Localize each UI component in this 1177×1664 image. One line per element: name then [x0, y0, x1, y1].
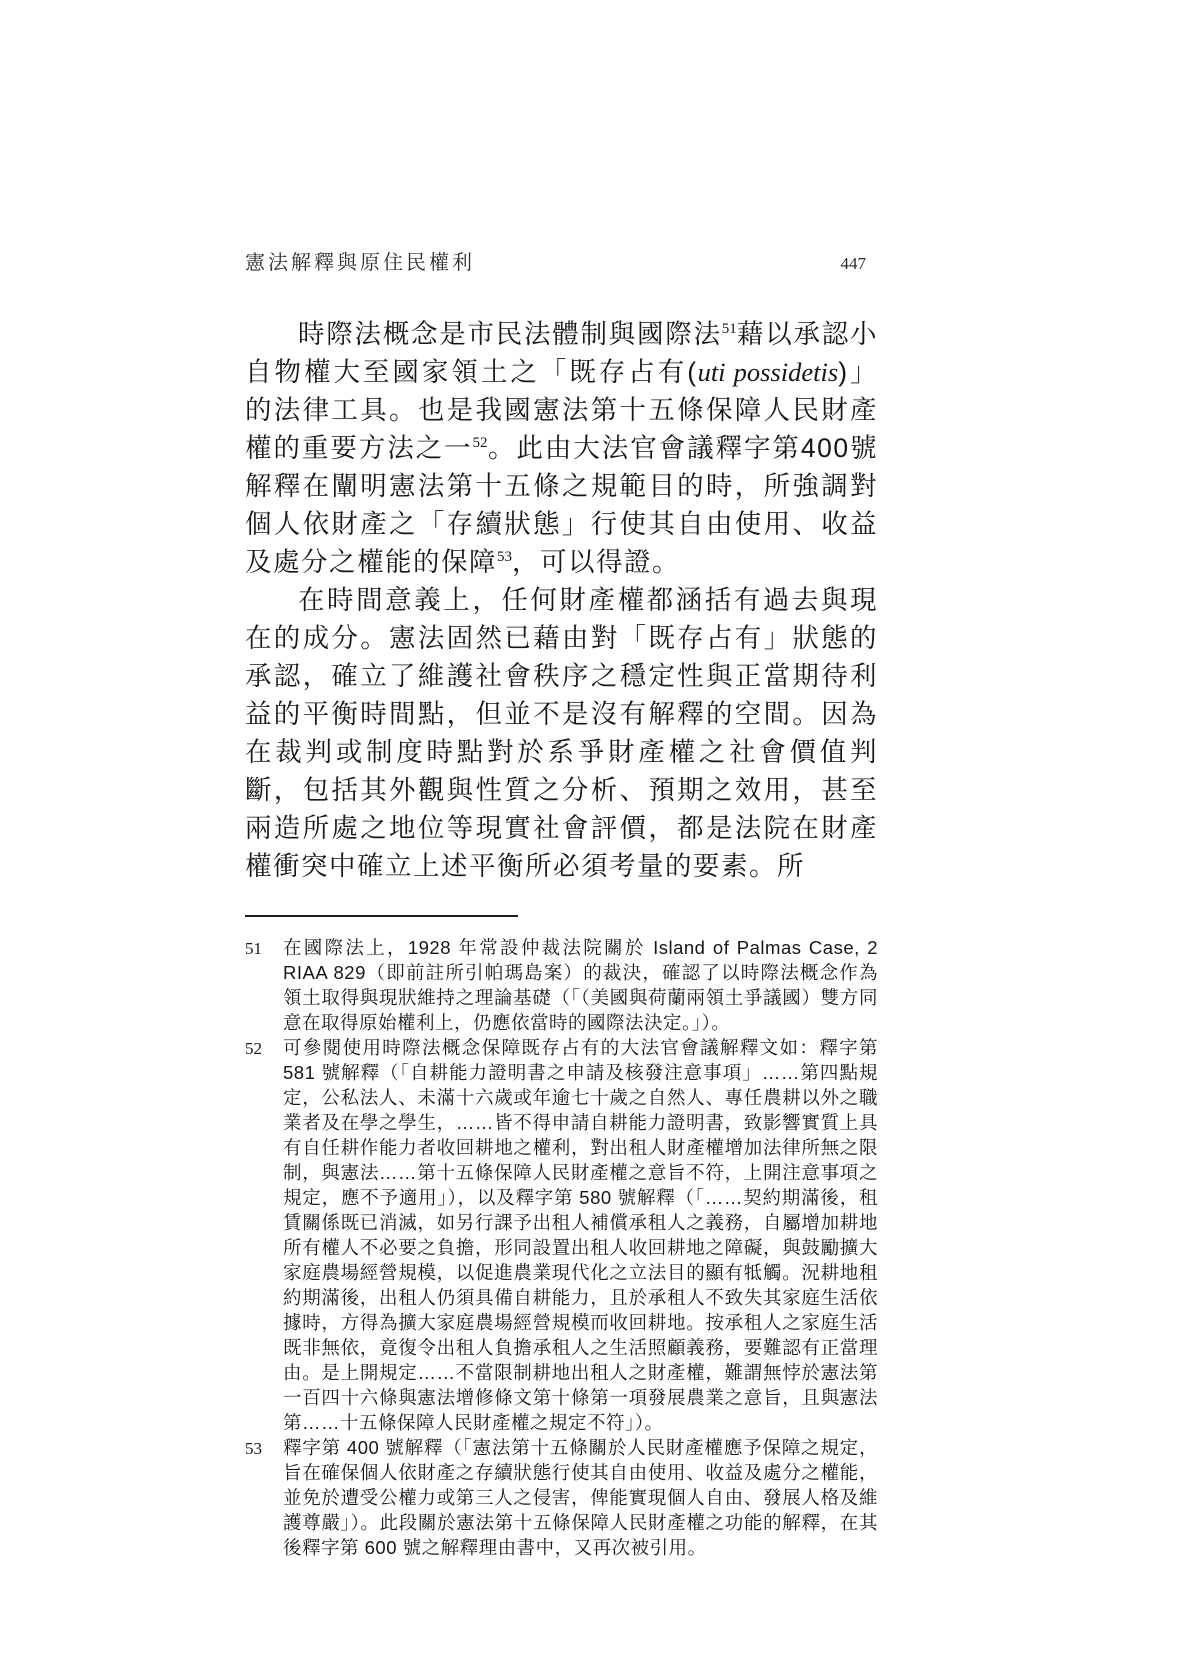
running-title: 憲法解釋與原住民權利 [245, 246, 475, 275]
footnote-number: 52 [245, 1036, 262, 1061]
footnote-number: 51 [245, 936, 262, 961]
page-content: 憲法解釋與原住民權利 447 時際法概念是市民法體制與國際法51藉以承認小自物權… [245, 246, 878, 1560]
page-number: 447 [841, 254, 879, 274]
footnotes-section: 51在國際法上，1928 年常設仲裁法院關於 Island of Palmas … [245, 935, 878, 1560]
paragraph-1: 時際法概念是市民法體制與國際法51藉以承認小自物權大至國家領土之「既存占有(ut… [245, 315, 878, 581]
footnote-ref-51: 51 [722, 321, 737, 337]
document-page: 憲法解釋與原住民權利 447 時際法概念是市民法體制與國際法51藉以承認小自物權… [0, 0, 1177, 1664]
page-header: 憲法解釋與原住民權利 447 [245, 246, 878, 275]
paragraph-1-text: ，可以得證。 [512, 547, 680, 577]
footnote-ref-53: 53 [497, 549, 512, 565]
footnote-53: 53釋字第 400 號解釋（「憲法第十五條關於人民財產權應予保障之規定，旨在確保… [245, 1435, 878, 1560]
footnote-separator [245, 915, 518, 917]
body-text: 時際法概念是市民法體制與國際法51藉以承認小自物權大至國家領土之「既存占有(ut… [245, 315, 878, 885]
paragraph-1-text: 時際法概念是市民法體制與國際法 [298, 319, 722, 349]
paragraph-2-text: 在時間意義上，任何財產權都涵括有過去與現在的成分。憲法固然已藉由對「既存占有」狀… [245, 585, 878, 881]
footnote-text: 可參閱使用時際法概念保障既存占有的大法官會議解釋文如：釋字第 581 號解釋（「… [283, 1037, 878, 1433]
footnote-52: 52可參閱使用時際法概念保障既存占有的大法官會議解釋文如：釋字第 581 號解釋… [245, 1035, 878, 1435]
footnote-number: 53 [245, 1436, 262, 1461]
footnote-ref-52: 52 [473, 435, 488, 451]
footnote-51: 51在國際法上，1928 年常設仲裁法院關於 Island of Palmas … [245, 935, 878, 1035]
latin-term-uti-possidetis: uti possidetis [698, 357, 839, 387]
paragraph-2: 在時間意義上，任何財產權都涵括有過去與現在的成分。憲法固然已藉由對「既存占有」狀… [245, 581, 878, 885]
footnote-text: 釋字第 400 號解釋（「憲法第十五條關於人民財產權應予保障之規定，旨在確保個人… [283, 1437, 878, 1558]
footnote-text: 在國際法上，1928 年常設仲裁法院關於 Island of Palmas Ca… [283, 937, 878, 1033]
